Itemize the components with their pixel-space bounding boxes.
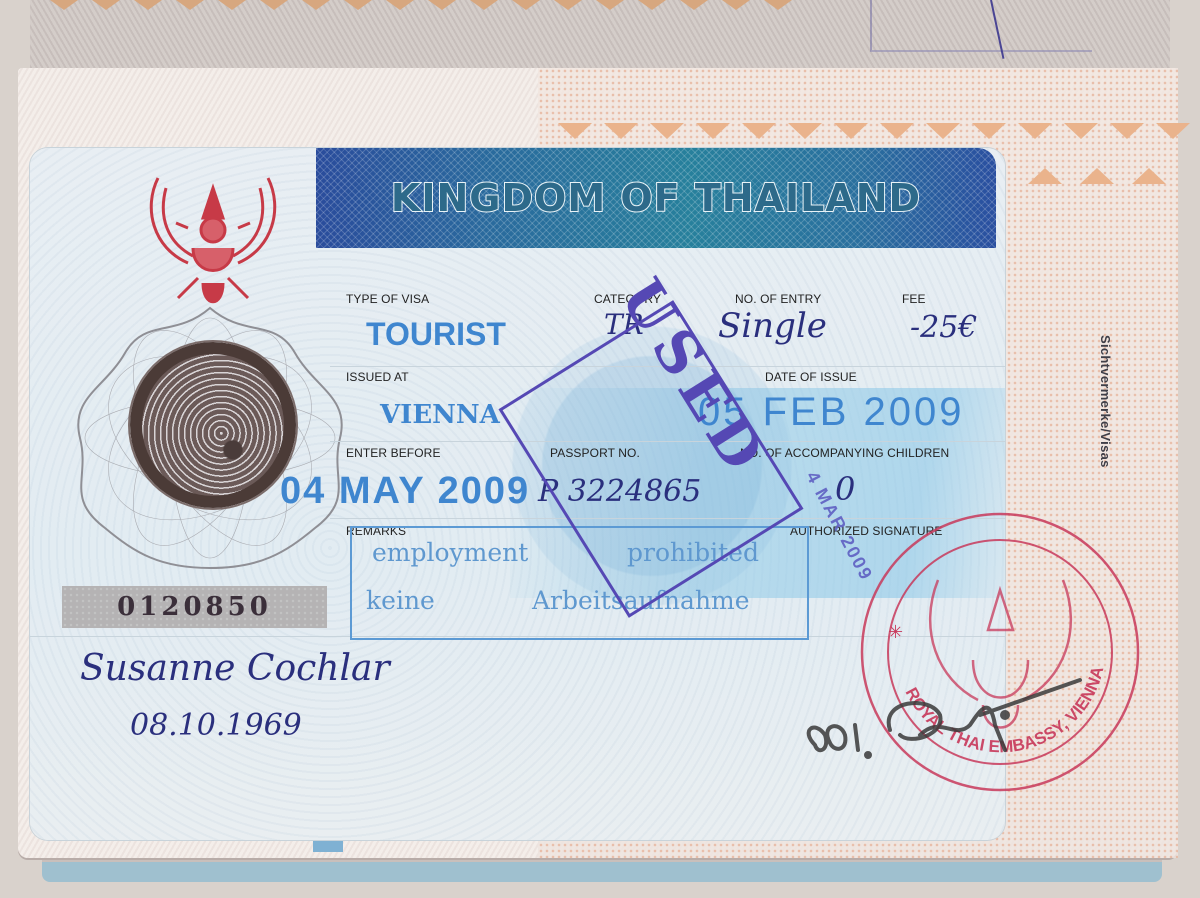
- svg-text:✳: ✳: [888, 622, 903, 642]
- value-fee: -25€: [910, 310, 977, 345]
- label-enter-before: ENTER BEFORE: [346, 446, 441, 460]
- page-side-label: Sichtvermerke/Visas: [1098, 335, 1113, 468]
- remarks-line2-a: keine: [366, 586, 435, 615]
- visa-title: KINGDOM OF THAILAND: [391, 176, 921, 220]
- visa-banner: KINGDOM OF THAILAND: [316, 148, 996, 248]
- value-type-of-visa: TOURIST: [366, 316, 506, 353]
- label-no-of-entry: NO. OF ENTRY: [735, 292, 821, 306]
- officer-signature: [790, 655, 1090, 775]
- label-fee: FEE: [902, 292, 926, 306]
- previous-page-stamp: [870, 0, 1092, 52]
- passport-cover-edge: [42, 860, 1162, 882]
- value-enter-before: 04 MAY 2009: [280, 470, 530, 513]
- label-date-of-issue: DATE OF ISSUE: [765, 370, 857, 384]
- page-triangle-pattern: [558, 123, 1190, 139]
- label-issued-at: ISSUED AT: [346, 370, 409, 384]
- value-no-of-entry: Single: [718, 306, 827, 346]
- label-type-of-visa: TYPE OF VISA: [346, 292, 429, 306]
- pattern-triangles: [50, 0, 792, 10]
- remarks-line1-a: employment: [372, 538, 528, 567]
- page-color-tab: [313, 838, 343, 852]
- holder-name-handwritten: Susanne Cochlar: [80, 648, 390, 689]
- serial-number: 0120850: [62, 586, 327, 628]
- holder-dob-handwritten: 08.10.1969: [130, 708, 302, 743]
- value-issued-at: VIENNA: [380, 400, 500, 430]
- hologram-seal: [130, 342, 296, 508]
- garuda-emblem-icon: [138, 168, 288, 318]
- page-triangle-pattern-lower: [1028, 168, 1166, 184]
